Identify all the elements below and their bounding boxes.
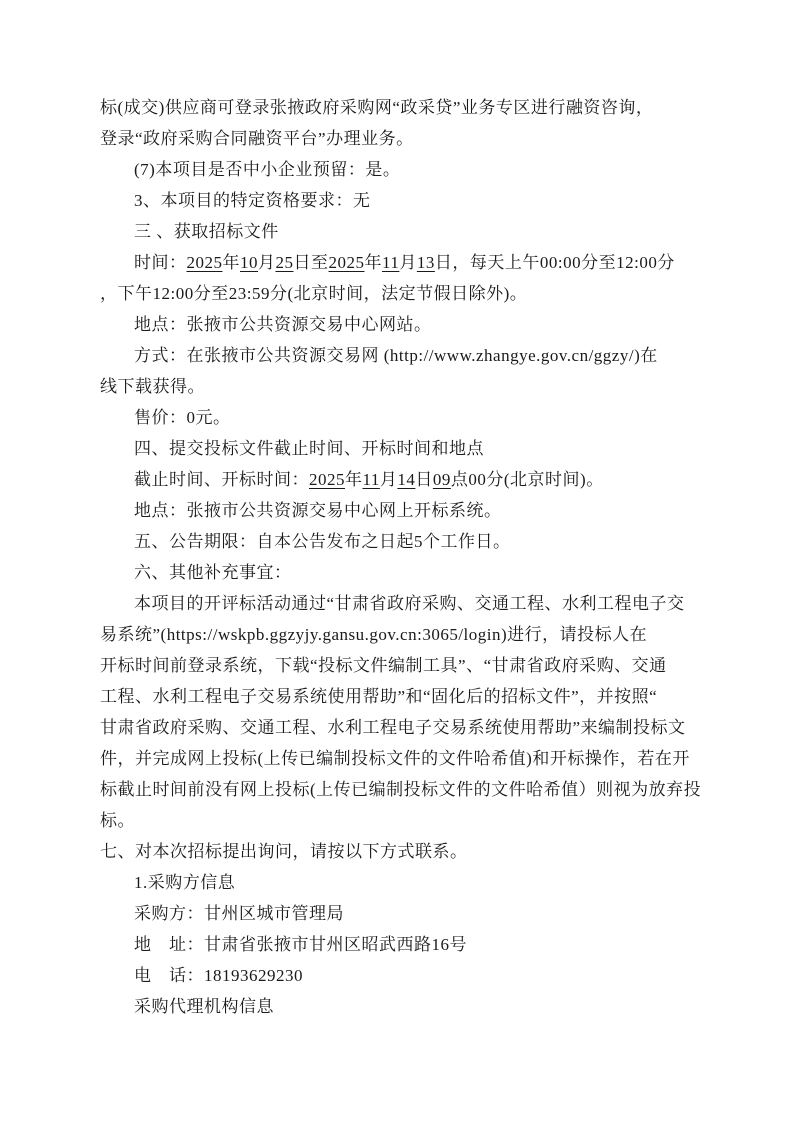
text-segment: 时间： — [134, 253, 187, 272]
doc-line: 标。 — [100, 805, 672, 836]
text-segment: 年 — [223, 253, 241, 272]
doc-line: 甘肃省政府采购、交通工程、水利工程电子交易系统使用帮助”来编制投标文 — [100, 712, 672, 743]
doc-line-url: 易系统”(https://wskpb.ggzyjy.gansu.gov.cn:3… — [100, 619, 672, 650]
doc-line: 采购代理机构信息 — [100, 991, 672, 1022]
text-segment: 日 — [415, 470, 433, 489]
doc-line: 本项目的开评标活动通过“甘肃省政府采购、交通工程、水利工程电子交 — [100, 588, 672, 619]
underlined-value: 09 — [433, 470, 451, 489]
underlined-value: 11 — [382, 253, 399, 272]
doc-line: 地点：张掖市公共资源交易中心网上开标系统。 — [100, 495, 672, 526]
doc-line-section-heading: 五、公告期限：自本公告发布之日起5个工作日。 — [100, 526, 672, 557]
text-segment: 点00分(北京时间)。 — [451, 470, 604, 489]
text-segment: 年 — [345, 470, 363, 489]
doc-line: 1.采购方信息 — [100, 867, 672, 898]
underlined-value: 2025 — [329, 253, 365, 272]
underlined-value: 2025 — [187, 253, 223, 272]
document-page: 标(成交)供应商可登录张掖政府采购网“政采贷”业务专区进行融资咨询， 登录“政府… — [0, 0, 793, 1122]
text-segment: 日，每天上午00:00分至12:00分 — [435, 253, 675, 272]
text-segment: 月 — [380, 470, 398, 489]
underlined-value: 13 — [417, 253, 435, 272]
doc-line: 地点：张掖市公共资源交易中心网站。 — [100, 309, 672, 340]
doc-line: 线下载获得。 — [100, 371, 672, 402]
doc-line: 件，并完成网上投标(上传已编制投标文件的文件哈希值)和开标操作，若在开 — [100, 743, 672, 774]
doc-line-dates: 截止时间、开标时间：2025年11月14日09点00分(北京时间)。 — [100, 464, 672, 495]
doc-line-section-heading: 六、其他补充事宜： — [100, 557, 672, 588]
doc-line-section-heading: 四、提交投标文件截止时间、开标时间和地点 — [100, 433, 672, 464]
doc-line-section-heading: 三 、获取招标文件 — [100, 216, 672, 247]
doc-line: 登录“政府采购合同融资平台”办理业务。 — [100, 123, 672, 154]
underlined-value: 2025 — [309, 470, 345, 489]
doc-line: 3、本项目的特定资格要求：无 — [100, 185, 672, 216]
underlined-value: 25 — [276, 253, 294, 272]
doc-line-dates: 时间：2025年10月25日至2025年11月13日，每天上午00:00分至12… — [100, 247, 672, 278]
doc-line: 开标时间前登录系统，下载“投标文件编制工具”、“甘肃省政府采购、交通 — [100, 650, 672, 681]
doc-line: ，下午12:00分至23:59分(北京时间，法定节假日除外)。 — [100, 278, 672, 309]
text-segment: 日至 — [294, 253, 329, 272]
doc-line-phone: 电 话：18193629230 — [100, 960, 672, 991]
text-segment: 月 — [399, 253, 417, 272]
document-body: 标(成交)供应商可登录张掖政府采购网“政采贷”业务专区进行融资咨询， 登录“政府… — [100, 92, 672, 1022]
doc-line-address: 地 址：甘肃省张掖市甘州区昭武西路16号 — [100, 929, 672, 960]
doc-line: 标(成交)供应商可登录张掖政府采购网“政采贷”业务专区进行融资咨询， — [100, 92, 672, 123]
underlined-value: 14 — [397, 470, 415, 489]
doc-line-purchaser-name: 采购方：甘州区城市管理局 — [100, 898, 672, 929]
doc-line-url: 方式：在张掖市公共资源交易网 (http://www.zhangye.gov.c… — [100, 340, 672, 371]
doc-line: 标截止时间前没有网上投标(上传已编制投标文件的文件哈希值）则视为放弃投 — [100, 774, 672, 805]
underlined-value: 11 — [363, 470, 380, 489]
doc-line: 工程、水利工程电子交易系统使用帮助”和“固化后的招标文件”，并按照“ — [100, 681, 672, 712]
text-segment: 截止时间、开标时间： — [134, 470, 309, 489]
doc-line-section-heading: 七、对本次招标提出询问，请按以下方式联系。 — [100, 836, 672, 867]
text-segment: 月 — [258, 253, 276, 272]
text-segment: 年 — [365, 253, 383, 272]
doc-line: 售价：0元。 — [100, 402, 672, 433]
underlined-value: 10 — [240, 253, 258, 272]
doc-line: (7)本项目是否中小企业预留：是。 — [100, 154, 672, 185]
